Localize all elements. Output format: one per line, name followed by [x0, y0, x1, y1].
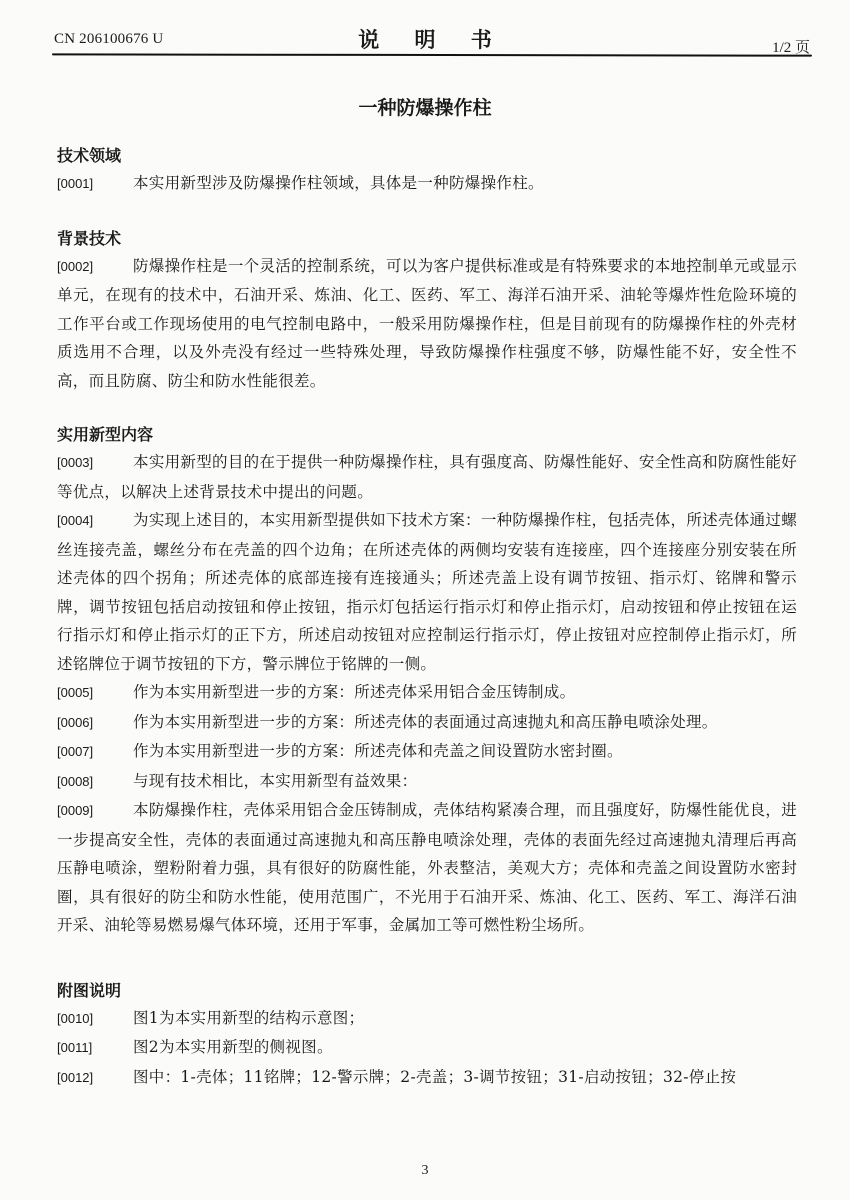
paragraph-text: 图2为本实用新型的侧视图。: [133, 1038, 333, 1056]
paragraph-0006: [0006]作为本实用新型进一步的方案：所述壳体的表面通过高速抛丸和高压静电喷涂…: [57, 708, 797, 738]
paragraph-number: [0004]: [57, 507, 133, 536]
paragraph-text: 图1为本实用新型的结构示意图；: [133, 1009, 364, 1027]
paragraph-0005: [0005]作为本实用新型进一步的方案：所述壳体采用铝合金压铸制成。: [57, 678, 797, 708]
paragraph-0004: [0004]为实现上述目的，本实用新型提供如下技术方案：一种防爆操作柱，包括壳体…: [57, 506, 797, 678]
paragraph-number: [0008]: [57, 768, 133, 797]
paragraph-text: 本实用新型的目的在于提供一种防爆操作柱，具有强度高、防爆性能好、安全性高和防腐性…: [57, 453, 797, 501]
paragraph-text: 为实现上述目的，本实用新型提供如下技术方案：一种防爆操作柱，包括壳体，所述壳体通…: [57, 511, 797, 673]
paragraph-text: 防爆操作柱是一个灵活的控制系统，可以为客户提供标准或是有特殊要求的本地控制单元或…: [57, 257, 797, 390]
paragraph-text: 作为本实用新型进一步的方案：所述壳体和壳盖之间设置防水密封圈。: [133, 742, 623, 760]
paragraph-0008: [0008]与现有技术相比，本实用新型有益效果：: [57, 767, 797, 797]
paragraph-0007: [0007]作为本实用新型进一步的方案：所述壳体和壳盖之间设置防水密封圈。: [57, 737, 797, 767]
paragraph-number: [0011]: [57, 1034, 133, 1063]
paragraph-number: [0002]: [57, 253, 133, 282]
document-type: 说 明 书: [52, 24, 812, 54]
paragraph-0010: [0010]图1为本实用新型的结构示意图；: [57, 1004, 797, 1034]
paragraph-text: 本实用新型涉及防爆操作柱领域，具体是一种防爆操作柱。: [133, 174, 544, 192]
paragraph-0009: [0009]本防爆操作柱，壳体采用铝合金压铸制成，壳体结构紧凑合理，而且强度好，…: [57, 796, 797, 940]
page-number: 3: [0, 1163, 850, 1179]
document-body: 技术领域 [0001]本实用新型涉及防爆操作柱领域，具体是一种防爆操作柱。 背景…: [57, 143, 797, 1092]
paragraph-text: 本防爆操作柱，壳体采用铝合金压铸制成，壳体结构紧凑合理，而且强度好，防爆性能优良…: [57, 801, 797, 934]
section-heading-drawings-description: 附图说明: [57, 978, 797, 1004]
paragraph-number: [0003]: [57, 449, 133, 478]
section-gap: [57, 199, 797, 226]
paragraph-0012: [0012]图中：1-壳体；11铭牌；12-警示牌；2-壳盖；3-调节按钮；31…: [57, 1063, 797, 1093]
section-gap: [57, 395, 797, 422]
page-header: CN 206100676 U 说 明 书 1/2 页: [52, 24, 812, 54]
paragraph-number: [0005]: [57, 679, 133, 708]
paragraph-text: 图中：1-壳体；11铭牌；12-警示牌；2-壳盖；3-调节按钮；31-启动按钮；…: [133, 1068, 736, 1086]
paragraph-number: [0009]: [57, 797, 133, 826]
section-heading-background: 背景技术: [57, 226, 797, 252]
paragraph-text: 作为本实用新型进一步的方案：所述壳体的表面通过高速抛丸和高压静电喷涂处理。: [133, 713, 718, 731]
header-rule: [52, 53, 812, 56]
paragraph-number: [0010]: [57, 1005, 133, 1034]
paragraph-text: 作为本实用新型进一步的方案：所述壳体采用铝合金压铸制成。: [133, 683, 575, 701]
section-heading-utility-model-content: 实用新型内容: [57, 422, 797, 448]
paragraph-0002: [0002]防爆操作柱是一个灵活的控制系统，可以为客户提供标准或是有特殊要求的本…: [57, 252, 797, 396]
paragraph-0011: [0011]图2为本实用新型的侧视图。: [57, 1033, 797, 1063]
document-title: 一种防爆操作柱: [0, 93, 850, 120]
section-heading-technical-field: 技术领域: [57, 143, 797, 169]
paragraph-text: 与现有技术相比，本实用新型有益效果：: [133, 772, 417, 790]
paragraph-0001: [0001]本实用新型涉及防爆操作柱领域，具体是一种防爆操作柱。: [57, 169, 797, 199]
paragraph-number: [0006]: [57, 709, 133, 738]
paragraph-number: [0012]: [57, 1064, 133, 1093]
paragraph-0003: [0003]本实用新型的目的在于提供一种防爆操作柱，具有强度高、防爆性能好、安全…: [57, 448, 797, 506]
section-gap: [57, 940, 797, 978]
paragraph-number: [0007]: [57, 738, 133, 767]
paragraph-number: [0001]: [57, 170, 133, 199]
